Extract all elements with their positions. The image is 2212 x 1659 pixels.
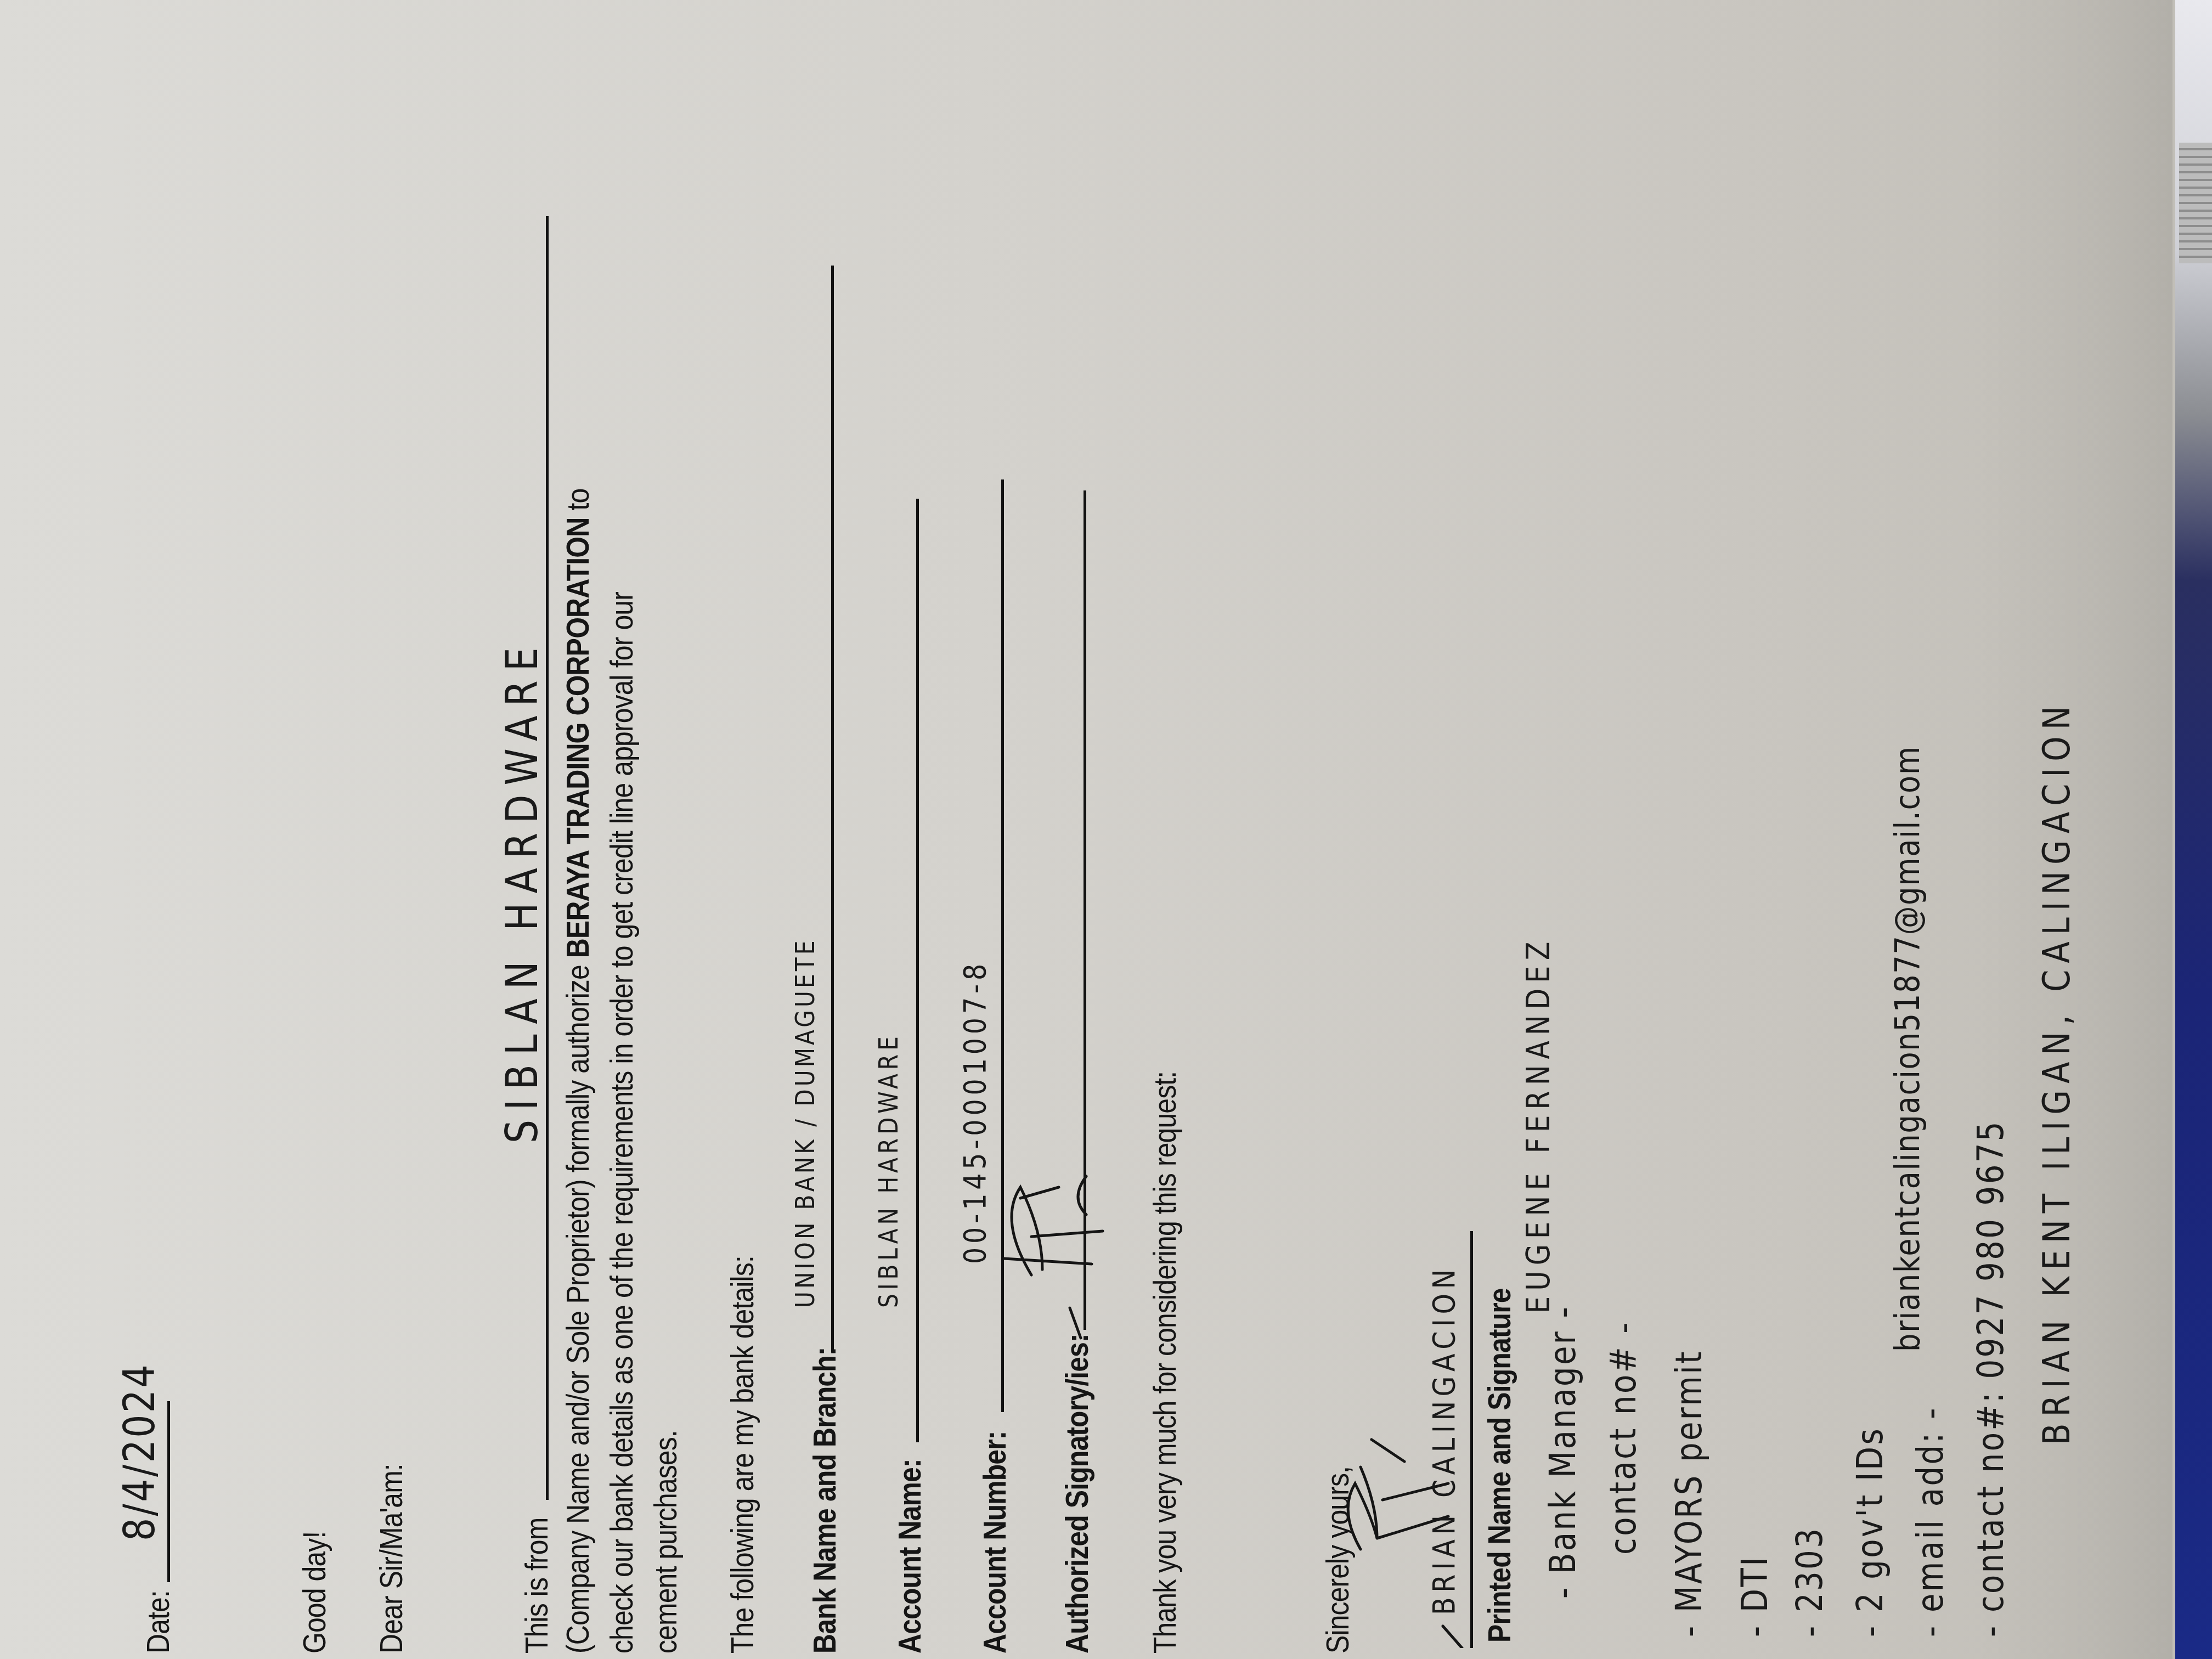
authorization-letter: Date: 8/4/2024 Good day! Dear Sir/Ma'am:… <box>0 0 2175 1659</box>
bank-name-label: Bank Name and Branch: <box>806 1347 843 1654</box>
signatory-signature-icon <box>998 1110 1108 1341</box>
bank-name-value: UNION BANK / DUMAGUETE <box>790 938 821 1308</box>
note-gov-ids: - 2 gov't IDs <box>1849 1427 1891 1637</box>
note-email-label: - email add: - <box>1909 1406 1951 1637</box>
note-email-value: briankentcalingacion51877@gmail.com <box>1887 746 1927 1352</box>
body-line-1-post: to <box>560 489 596 511</box>
authorized-signatory-label: Authorized Signatory/ies: <box>1059 1334 1096 1654</box>
body-line-2: check our bank details as one of the req… <box>603 592 640 1654</box>
account-name-rule <box>916 499 919 1442</box>
bank-name-rule <box>831 266 834 1352</box>
account-name-label: Account Name: <box>891 1459 928 1654</box>
account-number-label: Account Number: <box>977 1431 1013 1654</box>
date-rule <box>167 1401 170 1582</box>
date-label: Date: <box>140 1590 177 1654</box>
note-full-name: BRIAN KENT ILIGAN, CALINGACION <box>2035 699 2079 1445</box>
signature-rule <box>1470 1231 1473 1648</box>
body-line-1-pre: (Company Name and/or Sole Proprietor) fo… <box>560 965 596 1654</box>
printed-name-value: BRIAN CALINGACION <box>1426 1265 1462 1615</box>
intro-prefix: This is from <box>518 1518 555 1654</box>
account-number-value: 00-145-0001007-8 <box>957 960 993 1264</box>
note-bank-manager-name: EUGENE FERNANDEZ <box>1520 936 1557 1313</box>
closing-thanks: Thank you very much for considering this… <box>1147 1071 1183 1654</box>
note-contact-no: contact no# - <box>1602 1321 1644 1555</box>
note-dti: - DTI <box>1734 1555 1776 1637</box>
beraya-trading-corporation: BERAYA TRADING CORPORATION <box>560 518 596 958</box>
note-contact-number: - contact no#: 0927 980 9675 <box>1970 1120 2012 1637</box>
note-2303: - 2303 <box>1788 1527 1831 1637</box>
background-paper-stack <box>2179 143 2212 263</box>
body-line-3: cement purchases. <box>647 1430 684 1654</box>
note-bank-manager: - Bank Manager - <box>1542 1305 1584 1599</box>
date-value: 8/4/2024 <box>115 1363 165 1541</box>
note-mayors-permit: - MAYORS permit <box>1668 1350 1710 1637</box>
account-name-value: SIBLAN HARDWARE <box>873 1033 904 1308</box>
body-line-1: (Company Name and/or Sole Proprietor) fo… <box>560 489 596 1654</box>
salutation: Dear Sir/Ma'am: <box>373 1464 410 1654</box>
photo-scene: Date: 8/4/2024 Good day! Dear Sir/Ma'am:… <box>0 0 2212 1659</box>
printed-name-label: Printed Name and Signature <box>1481 1288 1518 1643</box>
company-name-handwritten: SIBLAN HARDWARE <box>496 638 548 1143</box>
bank-intro: The following are my bank details: <box>724 1256 761 1654</box>
greeting: Good day! <box>296 1532 333 1654</box>
